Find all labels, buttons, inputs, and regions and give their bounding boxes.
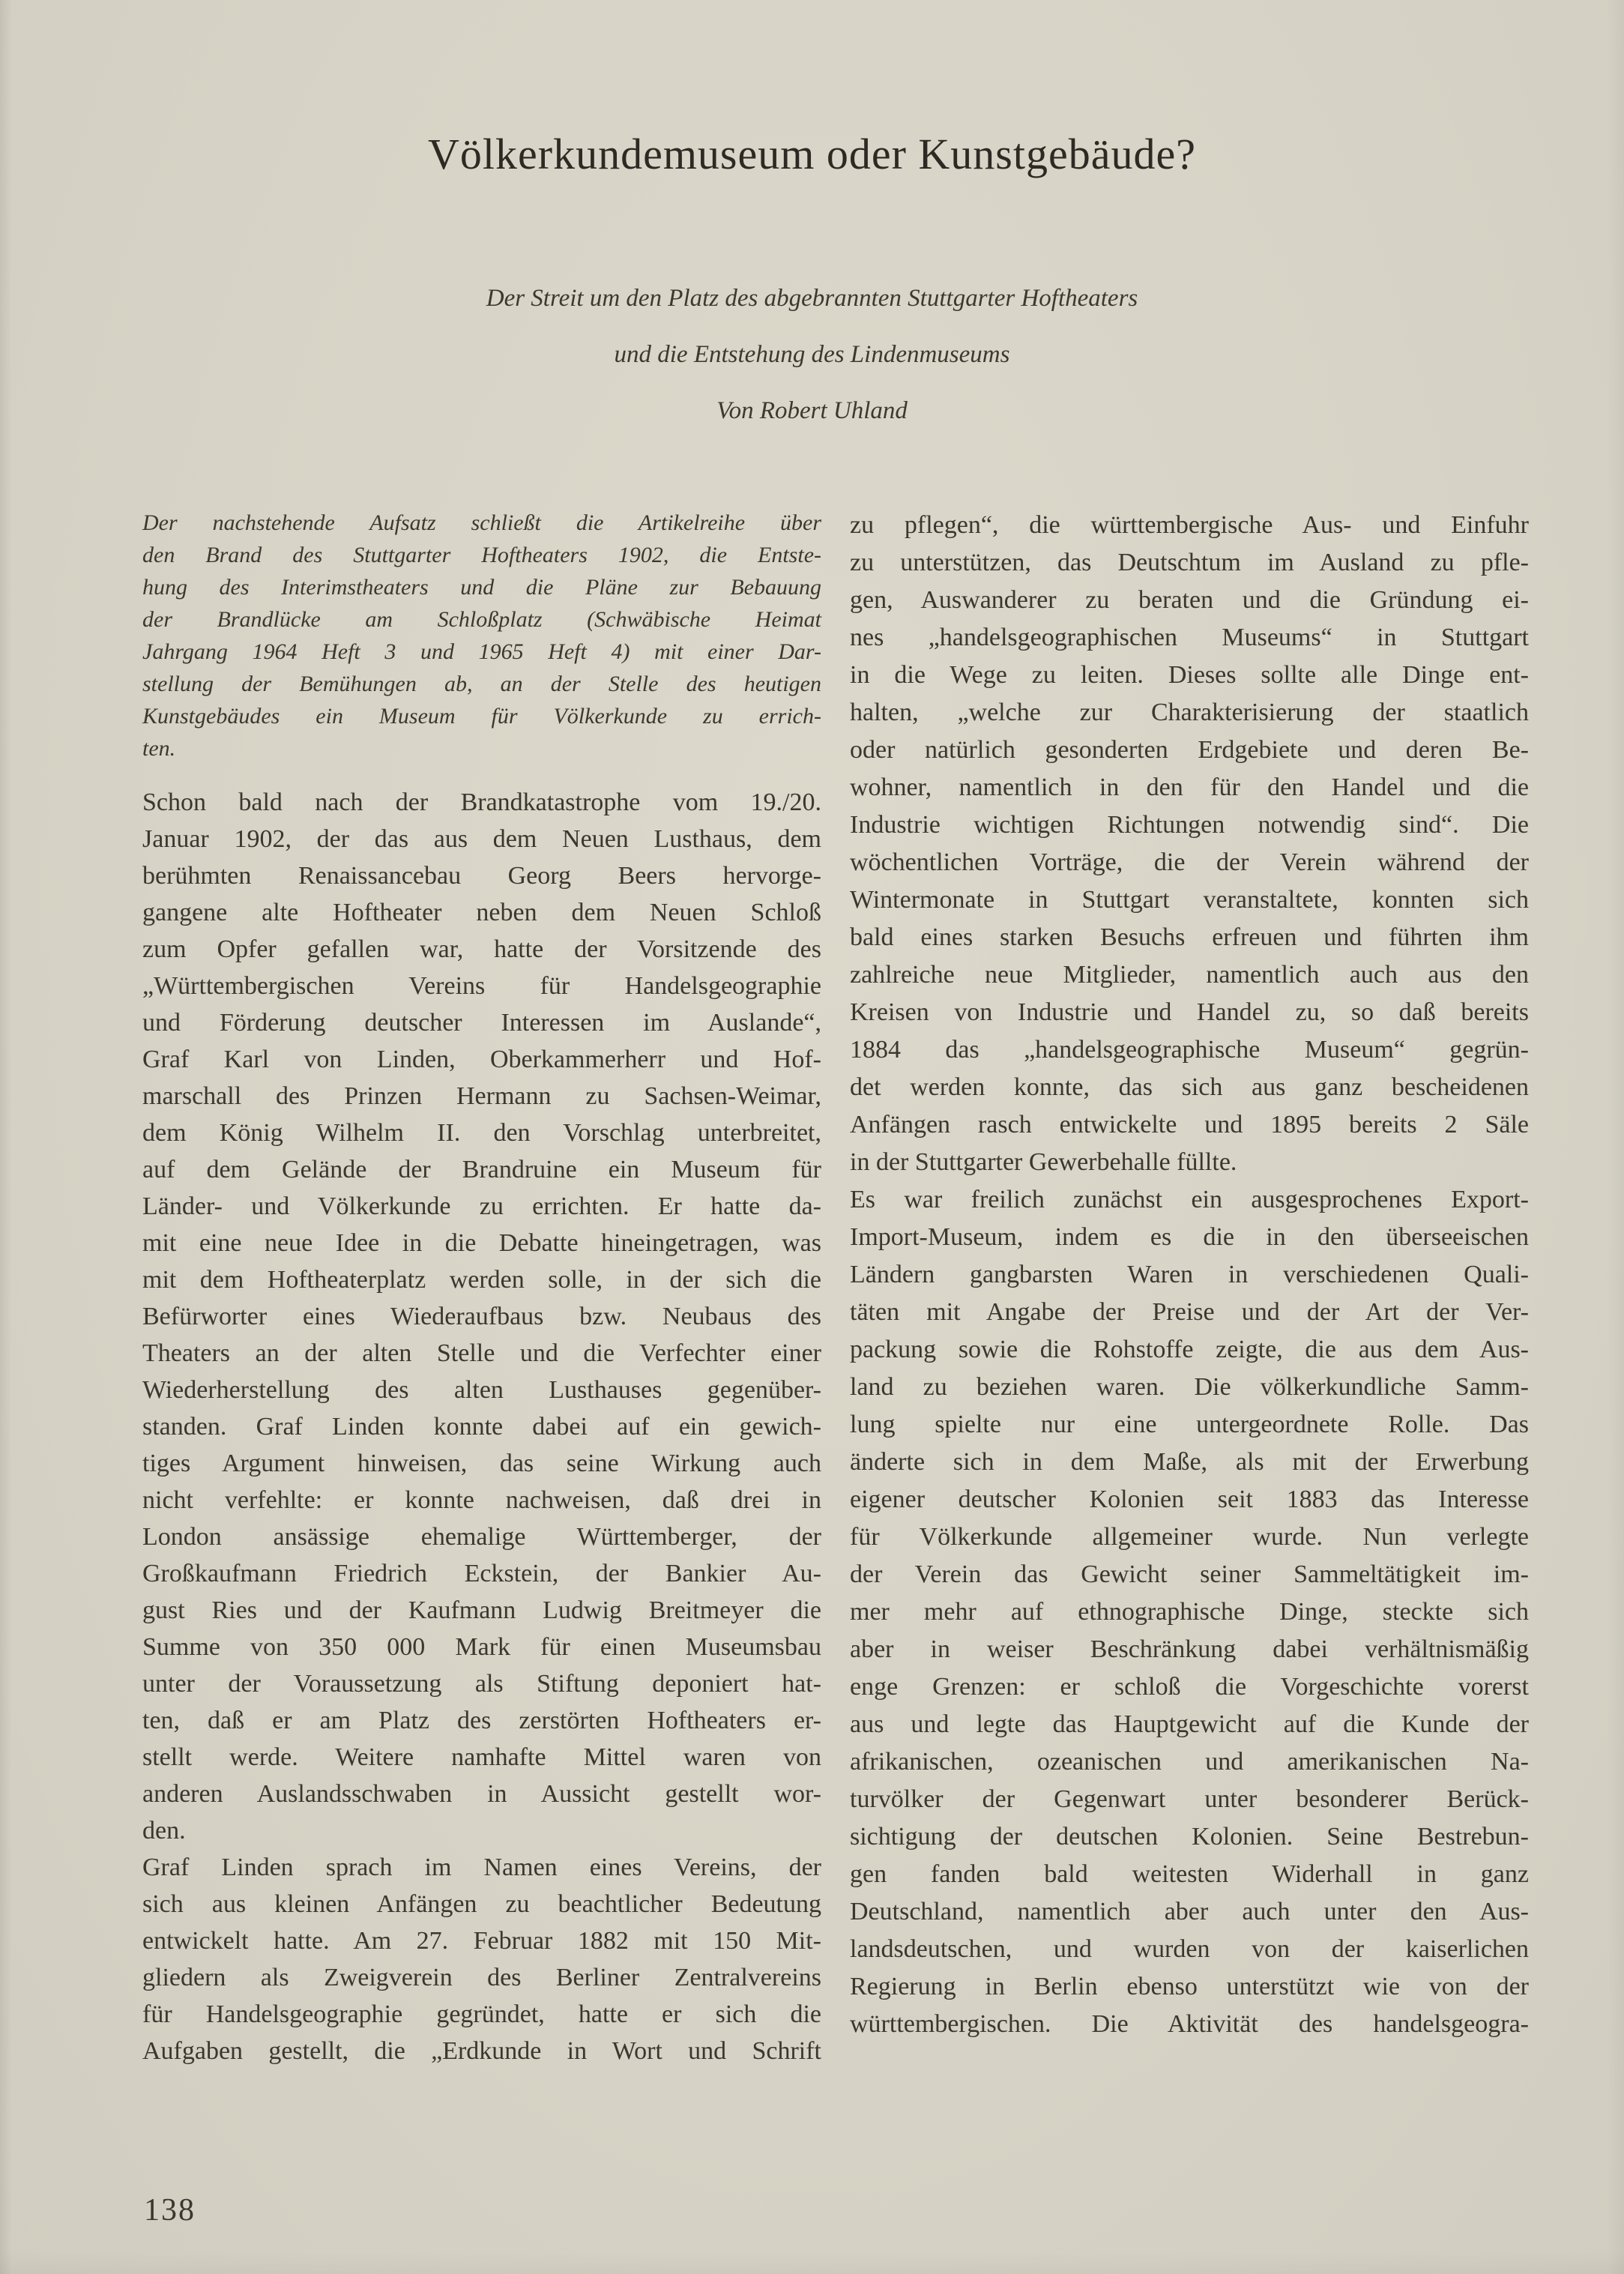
two-column-text-block: Der nachstehende Aufsatz schließt die Ar… (142, 507, 1529, 2069)
subtitle-line-1: Der Streit um den Platz des abgebrannten… (0, 285, 1624, 313)
byline: Von Robert Uhland (0, 397, 1624, 425)
text-line: gliedern als Zweigverein des Berliner Ze… (142, 1959, 821, 1996)
text-line: Ländern gangbarsten Waren in verschieden… (850, 1256, 1529, 1294)
scanned-page: Völkerkundemuseum oder Kunstgebäude? Der… (0, 0, 1624, 2274)
text-line: Wiederherstellung des alten Lusthauses g… (142, 1372, 821, 1408)
text-line: anderen Auslandsschwaben in Aussicht ges… (142, 1776, 821, 1812)
text-line: 1884 das „handelsgeographische Museum“ g… (850, 1031, 1529, 1069)
text-line: Befürworter eines Wiederaufbaus bzw. Neu… (142, 1298, 821, 1335)
text-line: mit dem Hoftheaterplatz werden solle, in… (142, 1261, 821, 1298)
text-line: zu unterstützen, das Deutschtum im Ausla… (850, 544, 1529, 582)
text-line: afrikanischen, ozeanischen und amerikani… (850, 1743, 1529, 1781)
text-line: nes „handelsgeographischen Museums“ in S… (850, 619, 1529, 657)
text-line: gen, Auswanderer zu beraten und die Grün… (850, 582, 1529, 619)
text-line: Es war freilich zunächst ein ausgesproch… (850, 1181, 1529, 1219)
left-column-body-text: Schon bald nach der Brandkatastrophe vom… (142, 784, 821, 2069)
text-line: Summe von 350 000 Mark für einen Museums… (142, 1629, 821, 1665)
text-line: eigener deutscher Kolonien seit 1883 das… (850, 1481, 1529, 1518)
text-line: gen fanden bald weitesten Widerhall in g… (850, 1856, 1529, 1893)
text-line: ten, daß er am Platz des zerstörten Hoft… (142, 1702, 821, 1739)
text-line: Import-Museum, indem es die in den übers… (850, 1219, 1529, 1256)
text-line: täten mit Angabe der Preise und der Art … (850, 1294, 1529, 1331)
page-title: Völkerkundemuseum oder Kunstgebäude? (0, 129, 1624, 179)
text-line: Wintermonate in Stuttgart veranstaltete,… (850, 881, 1529, 919)
text-line: stellt werde. Weitere namhafte Mittel wa… (142, 1739, 821, 1776)
text-line: Anfängen rasch entwickelte und 1895 bere… (850, 1106, 1529, 1144)
text-line: in die Wege zu leiten. Dieses sollte all… (850, 657, 1529, 694)
text-line: nicht verfehlte: er konnte nachweisen, d… (142, 1482, 821, 1518)
text-line: der Brandlücke am Schloßplatz (Schwäbisc… (142, 603, 821, 636)
text-line: tiges Argument hinweisen, das seine Wirk… (142, 1445, 821, 1482)
text-line: sichtigung der deutschen Kolonien. Seine… (850, 1818, 1529, 1856)
text-line: Länder- und Völkerkunde zu errichten. Er… (142, 1188, 821, 1225)
text-line: württembergischen. Die Aktivität des han… (850, 2006, 1529, 2043)
text-line: den Brand des Stuttgarter Hoftheaters 19… (142, 539, 821, 571)
text-line: Großkaufmann Friedrich Eckstein, der Ban… (142, 1555, 821, 1592)
text-line: Graf Linden sprach im Namen eines Verein… (142, 1849, 821, 1886)
text-line: entwickelt hatte. Am 27. Februar 1882 mi… (142, 1922, 821, 1959)
text-line: lung spielte nur eine untergeordnete Rol… (850, 1406, 1529, 1444)
text-line: Der nachstehende Aufsatz schließt die Ar… (142, 507, 821, 539)
text-line: der Verein das Gewicht seiner Sammeltäti… (850, 1556, 1529, 1593)
text-line: enge Grenzen: er schloß die Vorgeschicht… (850, 1668, 1529, 1706)
text-line: London ansässige ehemalige Württemberger… (142, 1518, 821, 1555)
page-number: 138 (144, 2192, 196, 2228)
text-line: Jahrgang 1964 Heft 3 und 1965 Heft 4) mi… (142, 636, 821, 668)
text-line: Regierung in Berlin ebenso unterstützt w… (850, 1968, 1529, 2006)
text-line: unter der Voraussetzung als Stiftung dep… (142, 1665, 821, 1702)
text-line: wöchentlichen Vorträge, die der Verein w… (850, 844, 1529, 881)
text-line: änderte sich in dem Maße, als mit der Er… (850, 1444, 1529, 1481)
text-line: Aufgaben gestellt, die „Erdkunde in Wort… (142, 2033, 821, 2069)
text-line: gangene alte Hoftheater neben dem Neuen … (142, 894, 821, 931)
text-line: zum Opfer gefallen war, hatte der Vorsit… (142, 931, 821, 968)
text-line: Theaters an der alten Stelle und die Ver… (142, 1335, 821, 1372)
text-line: gust Ries und der Kaufmann Ludwig Breitm… (142, 1592, 821, 1629)
text-line: halten, „welche zur Charakterisierung de… (850, 694, 1529, 732)
text-line: in der Stuttgarter Gewerbehalle füllte. (850, 1144, 1529, 1181)
text-line: den. (142, 1812, 821, 1849)
text-line: stellung der Bemühungen ab, an der Stell… (142, 668, 821, 700)
right-column: zu pflegen“, die württembergische Aus- u… (850, 507, 1529, 2069)
abstract-intro-paragraph: Der nachstehende Aufsatz schließt die Ar… (142, 507, 821, 764)
text-line: dem König Wilhelm II. den Vorschlag unte… (142, 1115, 821, 1151)
text-line: auf dem Gelände der Brandruine ein Museu… (142, 1151, 821, 1188)
text-line: packung sowie die Rohstoffe zeigte, die … (850, 1331, 1529, 1369)
text-line: für Handelsgeographie gegründet, hatte e… (142, 1996, 821, 2033)
text-line: Deutschland, namentlich aber auch unter … (850, 1893, 1529, 1931)
text-line: Graf Karl von Linden, Oberkammerherr und… (142, 1041, 821, 1078)
text-line: ten. (142, 732, 821, 764)
text-line: und Förderung deutscher Interessen im Au… (142, 1004, 821, 1041)
text-line: aus und legte das Hauptgewicht auf die K… (850, 1706, 1529, 1743)
text-line: wohner, namentlich in den für den Handel… (850, 769, 1529, 806)
text-line: oder natürlich gesonderten Erdgebiete un… (850, 732, 1529, 769)
text-line: berühmten Renaissancebau Georg Beers her… (142, 857, 821, 894)
text-line: landsdeutschen, und wurden von der kaise… (850, 1931, 1529, 1968)
text-line: sich aus kleinen Anfängen zu beachtliche… (142, 1886, 821, 1922)
text-line: hung des Interimstheaters und die Pläne … (142, 571, 821, 603)
text-line: det werden konnte, das sich aus ganz bes… (850, 1069, 1529, 1106)
text-line: land zu beziehen waren. Die völkerkundli… (850, 1369, 1529, 1406)
text-line: für Völkerkunde allgemeiner wurde. Nun v… (850, 1518, 1529, 1556)
text-line: „Württembergischen Vereins für Handelsge… (142, 968, 821, 1004)
text-line: Kreisen von Industrie und Handel zu, so … (850, 994, 1529, 1031)
right-column-body-text: zu pflegen“, die württembergische Aus- u… (850, 507, 1529, 2043)
text-line: aber in weiser Beschränkung dabei verhäl… (850, 1631, 1529, 1668)
text-line: zahlreiche neue Mitglieder, namentlich a… (850, 956, 1529, 994)
text-line: Industrie wichtigen Richtungen notwendig… (850, 806, 1529, 844)
text-line: Kunstgebäudes ein Museum für Völkerkunde… (142, 700, 821, 732)
text-line: Januar 1902, der das aus dem Neuen Lusth… (142, 821, 821, 857)
text-line: bald eines starken Besuchs erfreuen und … (850, 919, 1529, 956)
left-column: Der nachstehende Aufsatz schließt die Ar… (142, 507, 821, 2069)
subtitle-line-2: und die Entstehung des Lindenmuseums (0, 341, 1624, 369)
text-line: turvölker der Gegenwart unter besonderer… (850, 1781, 1529, 1818)
text-line: standen. Graf Linden konnte dabei auf ei… (142, 1408, 821, 1445)
text-line: Schon bald nach der Brandkatastrophe vom… (142, 784, 821, 821)
text-line: mit eine neue Idee in die Debatte hinein… (142, 1225, 821, 1261)
text-line: mer mehr auf ethnographische Dinge, stec… (850, 1593, 1529, 1631)
text-line: zu pflegen“, die württembergische Aus- u… (850, 507, 1529, 544)
text-line: marschall des Prinzen Hermann zu Sachsen… (142, 1078, 821, 1115)
